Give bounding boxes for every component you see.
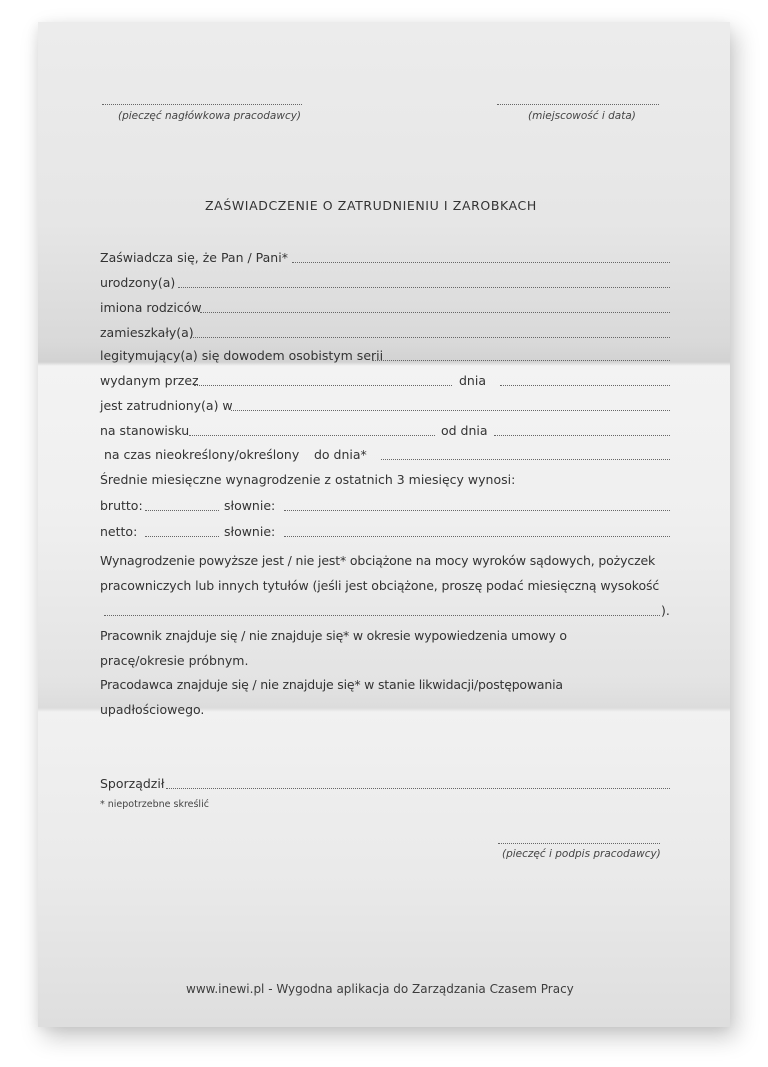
label-to-date: do dnia*	[314, 447, 367, 462]
footnote: * niepotrzebne skreślić	[100, 799, 209, 810]
field-garnishment-amount[interactable]	[104, 615, 660, 616]
field-issued-by[interactable]	[194, 385, 452, 386]
label-employed-at: jest zatrudniony(a) w	[100, 398, 233, 413]
employer-signature-caption: (pieczęć i podpis pracodawcy)	[502, 848, 661, 860]
field-prepared-by[interactable]	[166, 788, 670, 789]
label-pan-pani: Zaświadcza się, że Pan / Pani*	[100, 250, 288, 265]
field-gross-words[interactable]	[284, 510, 670, 511]
field-parents[interactable]	[200, 312, 670, 313]
garnishment-end: ).	[661, 603, 670, 618]
place-date-caption: (miejscowość i data)	[528, 110, 636, 122]
label-parents: imiona rodziców	[100, 300, 202, 315]
label-from-date: od dnia	[441, 423, 488, 438]
label-issued-by: wydanym przez	[100, 373, 199, 388]
employer-signature-line	[498, 843, 660, 844]
field-net-words[interactable]	[284, 536, 670, 537]
label-id-series: legitymujący(a) się dowodem osobistym se…	[100, 348, 383, 363]
field-birth[interactable]	[178, 287, 670, 288]
label-issue-date: dnia	[459, 373, 486, 388]
liquidation-line-2: upadłościowego.	[100, 702, 204, 717]
liquidation-line-1: Pracodawca znajduje się / nie znajduje s…	[100, 677, 563, 692]
label-average-salary: Średnie miesięczne wynagrodzenie z ostat…	[100, 472, 515, 487]
field-gross[interactable]	[145, 510, 219, 511]
place-date-line	[497, 104, 659, 105]
label-contract-term: na czas nieokreślony/określony	[104, 447, 299, 462]
label-address: zamieszkały(a)	[100, 325, 194, 340]
field-net[interactable]	[145, 536, 219, 537]
garnishment-line-2: pracowniczych lub innych tytułów (jeśli …	[100, 578, 659, 593]
label-gross-words: słownie:	[224, 498, 275, 513]
document-title: ZAŚWIADCZENIE O ZATRUDNIENIU I ZAROBKACH	[205, 198, 537, 213]
field-to-date[interactable]	[381, 459, 670, 460]
label-position: na stanowisku	[100, 423, 189, 438]
field-name[interactable]	[292, 262, 670, 263]
notice-period-line-1: Pracownik znajduje się / nie znajduje si…	[100, 628, 567, 643]
label-gross: brutto:	[100, 498, 143, 513]
label-prepared-by: Sporządził	[100, 776, 164, 791]
field-position[interactable]	[189, 435, 435, 436]
field-address[interactable]	[190, 337, 670, 338]
notice-period-line-2: pracę/okresie próbnym.	[100, 653, 248, 668]
label-net-words: słownie:	[224, 524, 275, 539]
field-issue-date[interactable]	[500, 385, 670, 386]
stamp-caption: (pieczęć nagłówkowa pracodawcy)	[118, 110, 301, 122]
label-net: netto:	[100, 524, 137, 539]
footer-text: www.inewi.pl - Wygodna aplikacja do Zarz…	[186, 982, 574, 996]
document-page	[38, 22, 730, 1027]
field-employer[interactable]	[231, 410, 670, 411]
stamp-line	[102, 104, 302, 105]
field-id-series[interactable]	[372, 360, 670, 361]
field-from-date[interactable]	[494, 435, 670, 436]
garnishment-line-1: Wynagrodzenie powyższe jest / nie jest* …	[100, 553, 655, 568]
label-urodzony: urodzony(a)	[100, 275, 175, 290]
